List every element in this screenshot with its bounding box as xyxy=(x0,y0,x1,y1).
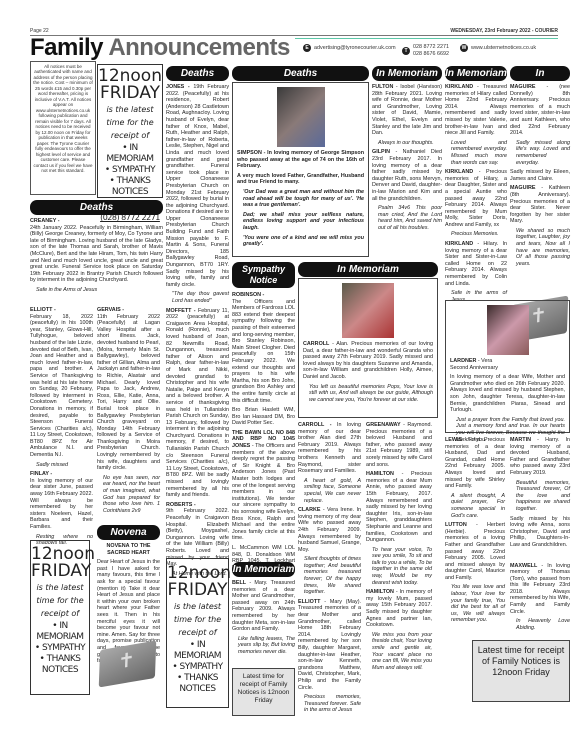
memoriam-column-b: GREENAWAY - Raymond. Precious memories o… xyxy=(366,422,432,674)
carroll-photo xyxy=(342,283,394,338)
section-header-in-memoriam: In Memoriam xyxy=(232,562,295,577)
notice-sympathy: ROBINSON -The Officers and Members of Fa… xyxy=(232,292,295,574)
section-header-in-memoriam-3: In Memoriam xyxy=(372,66,442,81)
notice-carroll-alan: CARROLL - Alan. Precious memories of our… xyxy=(298,278,438,418)
section-header-sympathy: Sympathy Notice xyxy=(232,262,295,288)
email-icon: E xyxy=(303,44,311,52)
section-header-deaths: Deaths xyxy=(30,200,163,215)
issue-date: WEDNESDAY, 23rd February 2022 - COURIER xyxy=(450,28,558,34)
memoriam-column-f: LEWIS - Fred. Precious memories of a dea… xyxy=(445,437,505,627)
page-title: Family Announcements xyxy=(30,36,290,60)
notice-bell: BELL - Mary. Treasured memories of a dea… xyxy=(232,580,295,659)
phone-contact[interactable]: T028 8772 2271028 8676 6692 xyxy=(402,44,449,57)
deadline-notice-2: Latest time for receipt of Family Notice… xyxy=(472,640,570,702)
section-header-in-memoriam-5: In Memoriam xyxy=(510,66,570,81)
deadline-notice: Latest time for receipt of Family Notice… xyxy=(232,668,295,716)
notice-terms-box: All notices must be authenticated with n… xyxy=(30,61,96,195)
simpson-photo xyxy=(277,87,325,147)
memoriam-column-g: MARTIN - Harry. In loving memory of a de… xyxy=(510,437,570,634)
section-header-novena: Novena xyxy=(97,525,160,540)
notice-elliott: ELLIOTT -February 18, 2022 (peacefully) … xyxy=(30,307,93,550)
lardner-photo xyxy=(487,305,529,355)
notice-simpson: SIMPSON - In loving memory of George Sim… xyxy=(232,82,369,257)
deadline-promo-3: 12noonFRIDAY is the latesttime for there… xyxy=(166,558,229,708)
memoriam-column-d: KIRKLAND - Treasured memories of Hilary … xyxy=(445,84,507,306)
phone-icon: T xyxy=(402,47,410,55)
section-header-deaths-3: Deaths xyxy=(232,66,369,81)
notice-lardner: LARDNER - Vera Second Anniversary In lov… xyxy=(445,300,570,433)
notice-jones: JONES - 19th February 2022. (Peacefully)… xyxy=(166,84,229,580)
deadline-promo-2: 12noonFRIDAY is the latesttime for there… xyxy=(30,540,90,695)
accent-rule xyxy=(295,38,558,39)
section-header-deaths-2: Deaths xyxy=(166,66,229,81)
notice-gervais: GERVAIS -11th February 2022 (Peacefully)… xyxy=(97,307,160,517)
section-header-in-memoriam-4: In Memoriam xyxy=(445,66,507,81)
email-contact[interactable]: Eadvertising@tyronecourier.uk.com xyxy=(303,44,396,52)
memoriam-column-c: FULTON - Isobel (Harvison) 28th February… xyxy=(372,84,442,234)
memoriam-column-e: MAGUIRE - (nee Donnelly) 8th Anniversary… xyxy=(510,84,570,270)
web-contact[interactable]: Wwww.ulsternetnotices.co.uk xyxy=(460,44,536,52)
deadline-promo: 12noonFRIDAY is the latesttime for there… xyxy=(97,64,163,198)
section-header-in-memoriam-2: In Memoriam xyxy=(298,262,438,277)
memoriam-column-a: CARROLL - In loving memory of our dear b… xyxy=(298,422,361,717)
notice-creaney: CREANEY -24th January 2022. Peacefully i… xyxy=(30,218,163,297)
web-icon: W xyxy=(460,44,468,52)
